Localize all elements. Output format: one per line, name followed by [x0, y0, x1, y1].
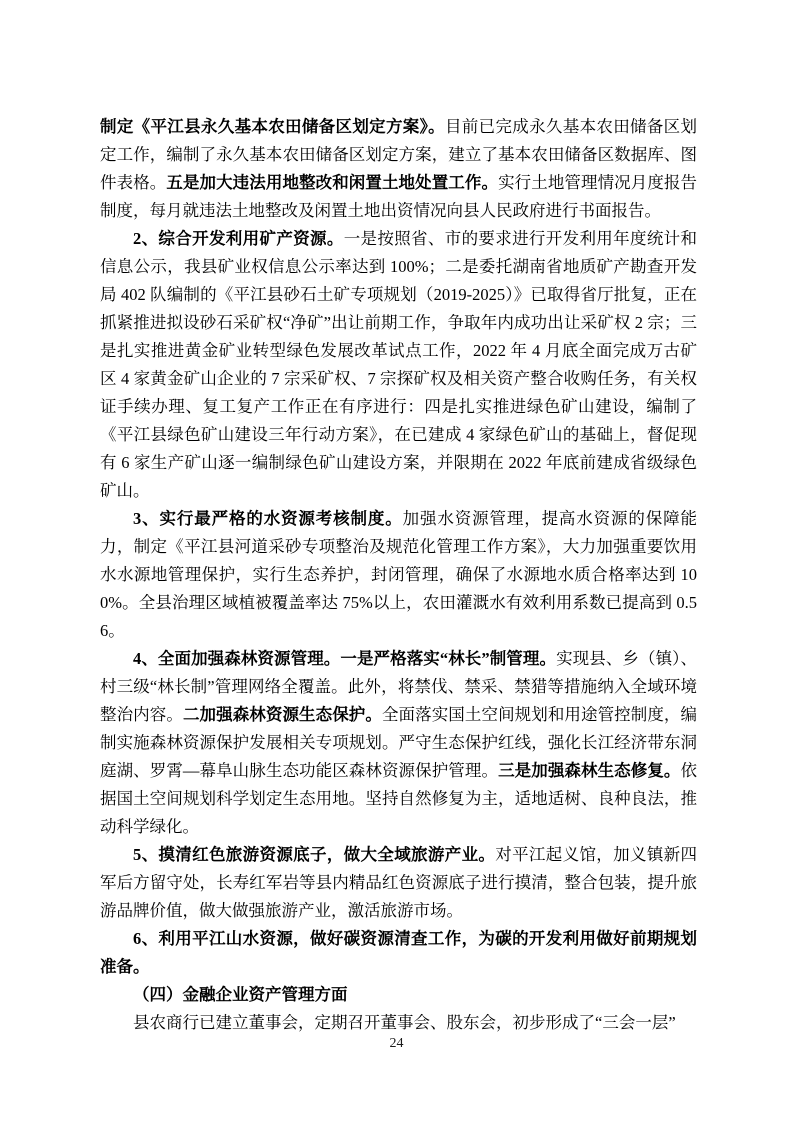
document-body: 制定《平江县永久基本农田储备区划定方案》。目前已完成永久基本农田储备区划定工作，…: [100, 113, 697, 1037]
paragraph-rural-commercial-bank: 县农商行已建立董事会，定期召开董事会、股东会，初步形成了“三会一层”: [100, 1009, 697, 1037]
bold-text-run: 制定《平江县永久基本农田储备区划定方案》。: [100, 117, 445, 136]
bold-text-run: 五是加大违法用地整改和闲置土地处置工作。: [166, 173, 498, 192]
paragraph-5-red-tourism: 5、摸清红色旅游资源底子，做大全域旅游产业。对平江起义馆，加义镇新四军后方留守处…: [100, 841, 697, 925]
bold-text-run: 2、综合开发利用矿产资源。: [133, 229, 344, 248]
bold-text-run: 5、摸清红色旅游资源底子，做大全域旅游产业。: [133, 845, 495, 864]
bold-text-run: （四）金融企业资产管理方面: [133, 985, 348, 1004]
bold-text-run: 3、实行最严格的水资源考核制度。: [133, 509, 403, 528]
bold-text-run: 6、利用平江山水资源，做好碳资源清查工作，为碳的开发利用做好前期规划准备。: [100, 929, 697, 976]
paragraph-4-forest-resources: 4、全面加强森林资源管理。一是严格落实“林长”制管理。实现县、乡（镇）、村三级“…: [100, 645, 697, 841]
bold-text-run: 三是加强森林生态修复。: [498, 761, 680, 780]
text-run: 一是按照省、市的要求进行开发利用年度统计和信息公示，我县矿业权信息公示率达到 1…: [100, 229, 697, 500]
document-page: 制定《平江县永久基本农田储备区划定方案》。目前已完成永久基本农田储备区划定工作，…: [0, 0, 793, 1122]
paragraph-2-mineral-resources: 2、综合开发利用矿产资源。一是按照省、市的要求进行开发利用年度统计和信息公示，我…: [100, 225, 697, 505]
paragraph-3-water-resources: 3、实行最严格的水资源考核制度。加强水资源管理，提高水资源的保障能力，制定《平江…: [100, 505, 697, 645]
heading-section-4-finance: （四）金融企业资产管理方面: [100, 981, 697, 1009]
text-run: 加强水资源管理，提高水资源的保障能力，制定《平江县河道采砂专项整治及规范化管理工…: [100, 509, 697, 640]
bold-text-run: 4、全面加强森林资源管理。一是严格落实“林长”制管理。: [133, 649, 556, 668]
bold-text-run: 二加强森林资源生态保护。: [183, 705, 382, 724]
page-number: 24: [390, 1036, 404, 1051]
page-footer: 24: [0, 1034, 793, 1054]
paragraph-6-carbon-resources: 6、利用平江山水资源，做好碳资源清查工作，为碳的开发利用做好前期规划准备。: [100, 925, 697, 981]
paragraph-land-reserve-continued: 制定《平江县永久基本农田储备区划定方案》。目前已完成永久基本农田储备区划定工作，…: [100, 113, 697, 225]
text-run: 县农商行已建立董事会，定期召开董事会、股东会，初步形成了“三会一层”: [133, 1013, 676, 1032]
